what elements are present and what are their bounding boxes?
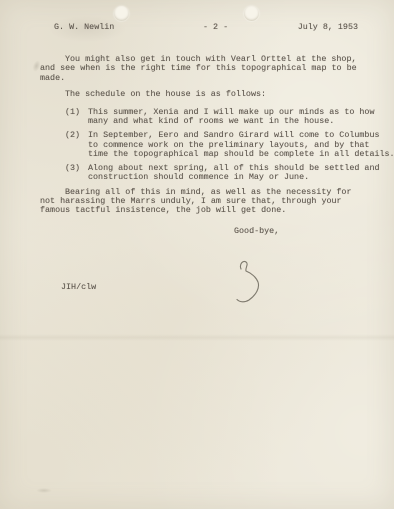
text-line: made. xyxy=(40,74,390,83)
list-number: (1) xyxy=(65,108,88,117)
paragraph-closing: Bearing all of this in mind, as well as … xyxy=(40,188,390,216)
schedule-item-3: (3) Along about next spring, all of this… xyxy=(65,164,390,183)
text-line: famous tactful insistence, the job will … xyxy=(40,206,390,215)
signoff-text: Good-bye, xyxy=(234,227,279,236)
typist-initials: JIH/clw xyxy=(61,283,96,292)
letter-page: G. W. Newlin - 2 - July 8, 1953 You migh… xyxy=(0,0,394,509)
paragraph-schedule-intro: The schedule on the house is as follows: xyxy=(40,90,390,99)
text-line: and see when is the right time for this … xyxy=(40,64,390,73)
list-number: (2) xyxy=(65,131,88,140)
schedule-item-1: (1) This summer, Xenia and I will make u… xyxy=(65,108,390,127)
header-date: July 8, 1953 xyxy=(298,23,358,32)
schedule-item-2: (2) In September, Eero and Sandro Girard… xyxy=(65,131,390,159)
signature-scribble xyxy=(226,255,270,307)
header-page-number: - 2 - xyxy=(203,23,228,32)
list-number: (3) xyxy=(65,164,88,173)
letter-body: You might also get in touch with Vearl O… xyxy=(40,55,390,216)
paper-crease xyxy=(0,334,394,341)
header-author: G. W. Newlin xyxy=(54,23,114,32)
text-line: construction should commence in May or J… xyxy=(88,173,380,182)
text-line: The schedule on the house is as follows: xyxy=(65,90,390,99)
text-line: many and what kind of rooms we want in t… xyxy=(88,117,374,126)
paragraph-topographical-map: You might also get in touch with Vearl O… xyxy=(40,55,390,83)
letter-header: G. W. Newlin - 2 - July 8, 1953 xyxy=(0,23,394,33)
text-line: time the topographical map should be com… xyxy=(88,150,394,159)
punch-hole-right xyxy=(244,6,259,21)
paper-mark-bottom xyxy=(36,488,52,493)
